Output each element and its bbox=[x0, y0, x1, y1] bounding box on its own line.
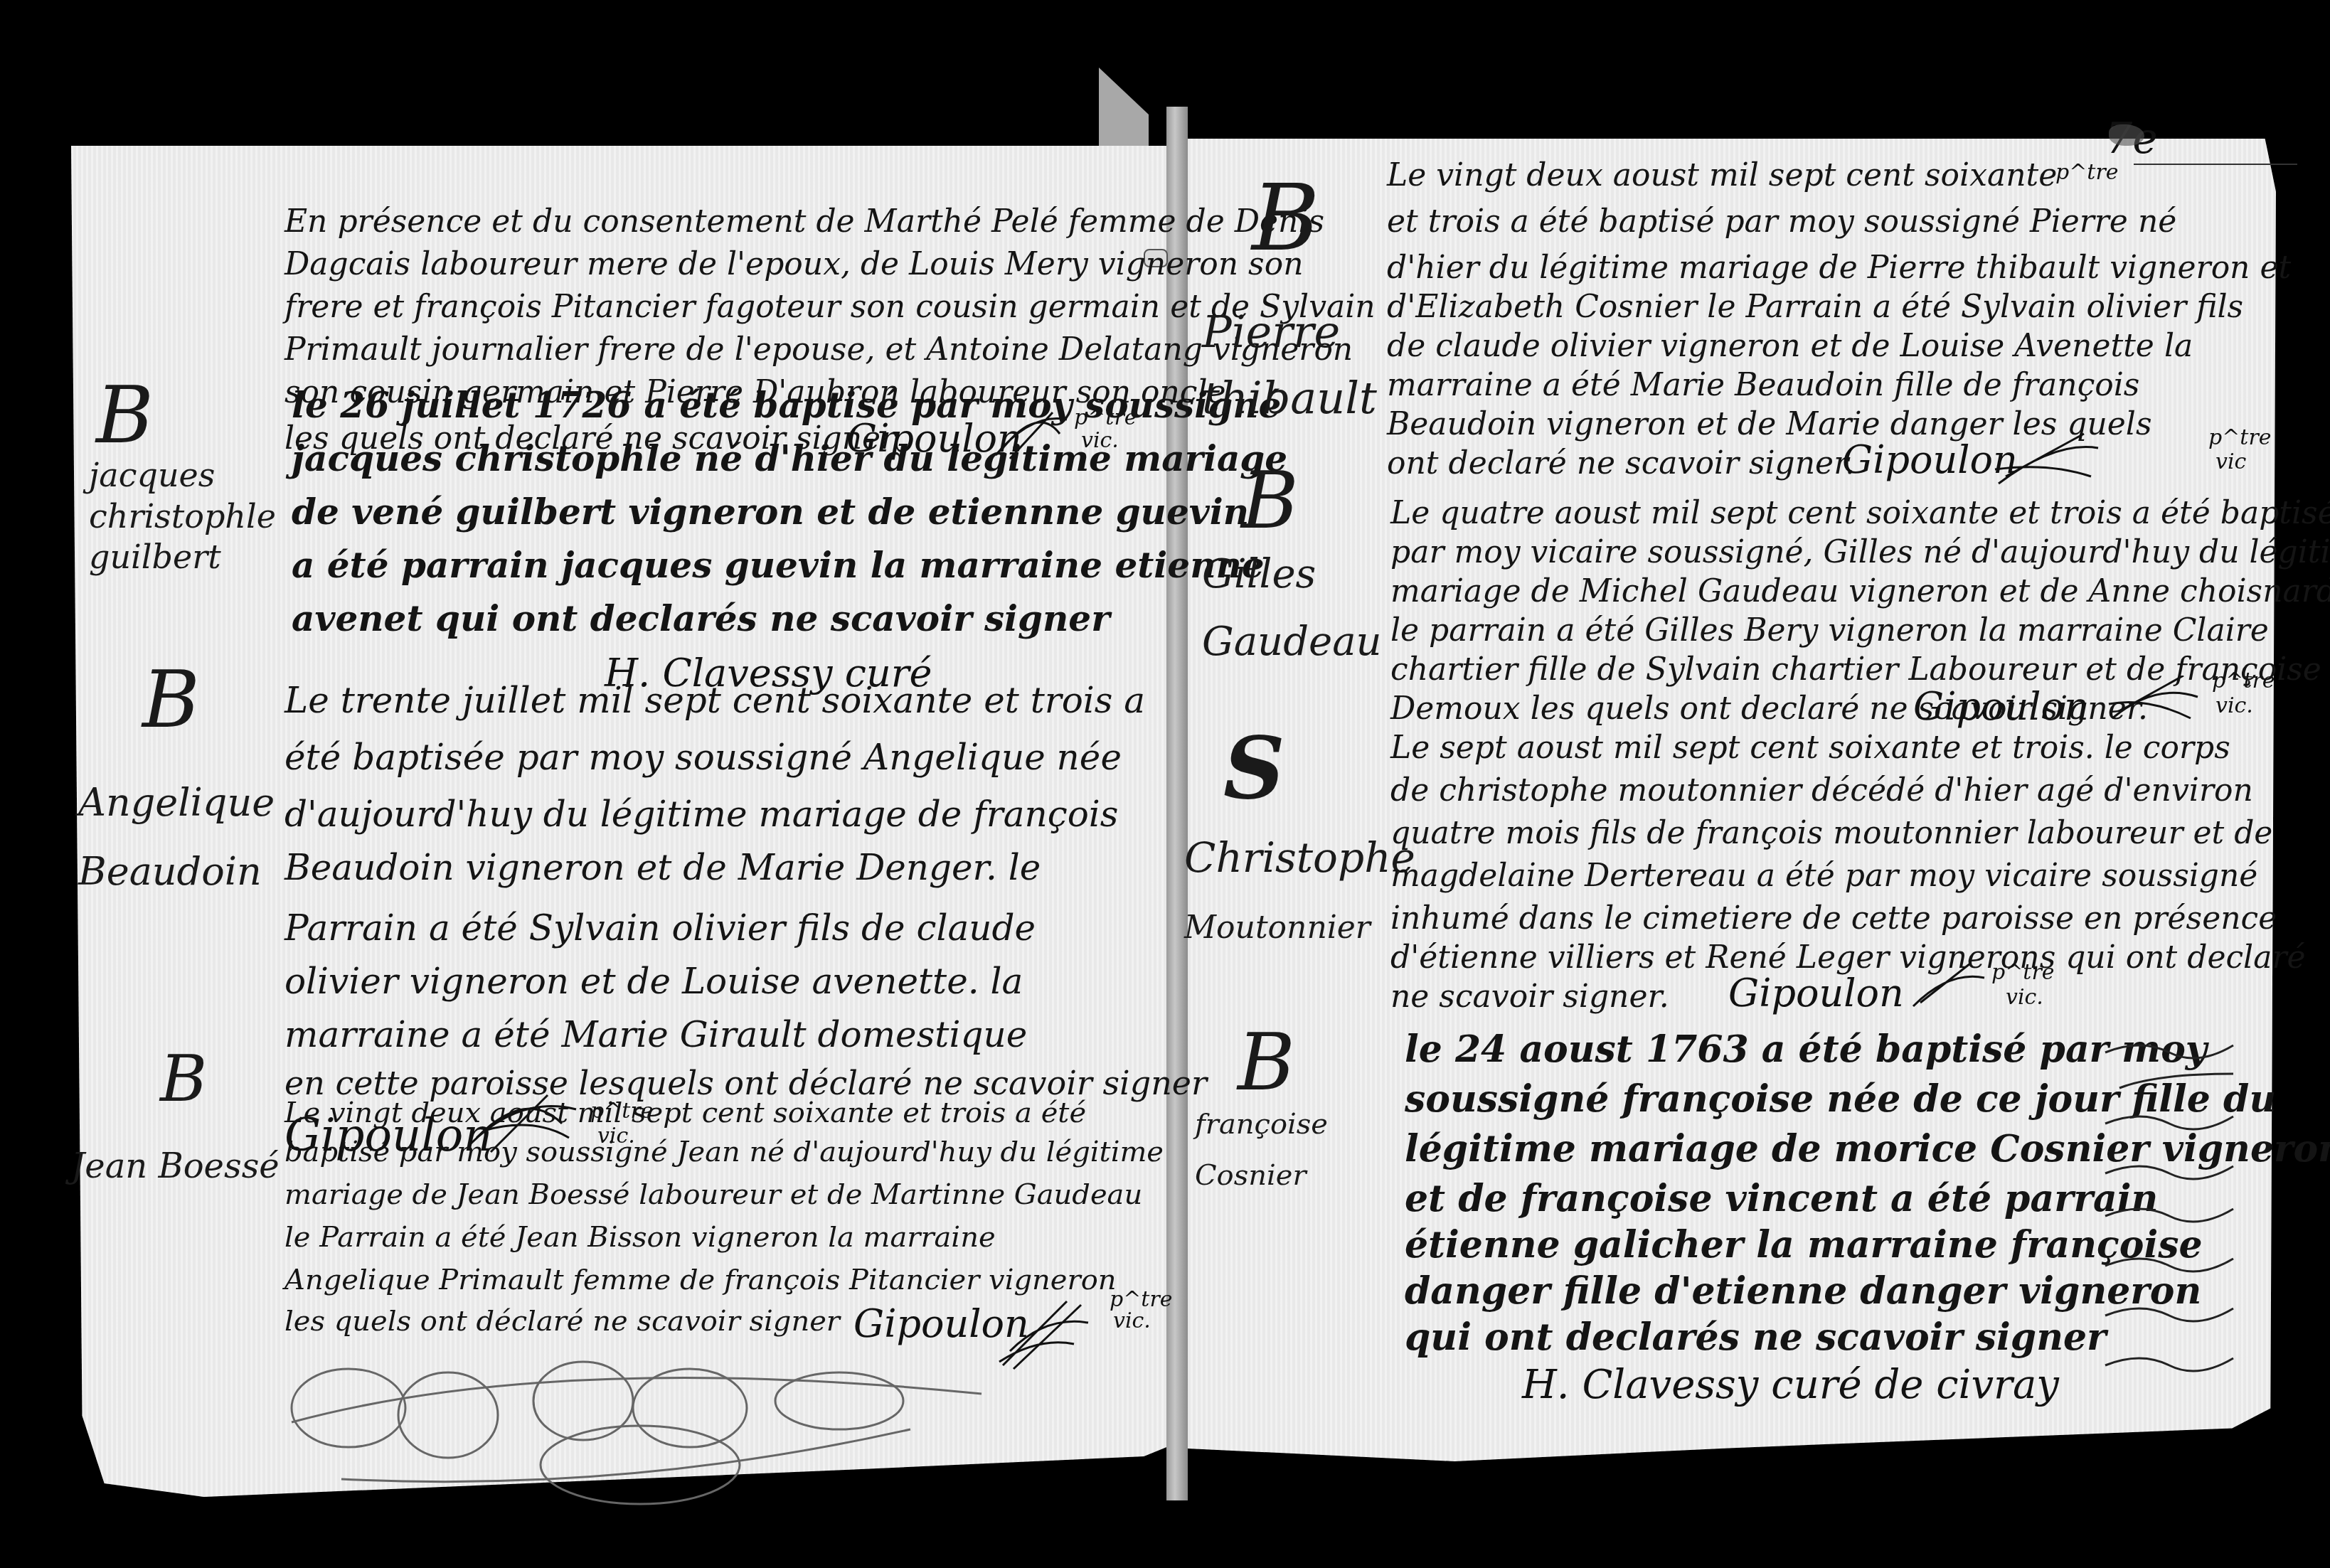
text-line: qui ont declarés ne scavoir signer bbox=[1405, 1319, 2107, 1356]
text-line: Le quatre aoust mil sept cent soixante e… bbox=[1390, 498, 2330, 529]
text-line: le parrain a été Gilles Bery vigneron la… bbox=[1390, 615, 2269, 646]
text-line: d'étienne villiers et René Leger vignero… bbox=[1390, 942, 2305, 974]
text-line: Beaudoin vigneron et de Marie Denger. le bbox=[284, 850, 1041, 885]
text-line: Le vingt deux aoust mil sept cent soixan… bbox=[1387, 160, 2057, 191]
text-line: mariage de Jean Boessé laboureur et de M… bbox=[284, 1180, 1142, 1209]
signature-title: vic. bbox=[1113, 1308, 1151, 1333]
baptism-mark: B bbox=[142, 654, 200, 745]
text-line: jacques christophle né d'hier du legitim… bbox=[292, 441, 1287, 476]
text-line: Le vingt deux aoust mil sept cent soixan… bbox=[284, 1099, 1086, 1127]
signature: Gipoulon bbox=[1913, 684, 2089, 729]
text-line: de claude olivier vigneron et de Louise … bbox=[1387, 331, 2193, 362]
text-line: Parrain a été Sylvain olivier fils de cl… bbox=[284, 910, 1036, 946]
text-line: ont declaré ne scavoir signer. bbox=[1387, 448, 1855, 479]
signature-flourish-icon bbox=[2105, 676, 2205, 732]
text-line: de christophe moutonnier décédé d'hier a… bbox=[1390, 775, 2253, 806]
text-line: magdelaine Dertereau a été par moy vicai… bbox=[1390, 860, 2257, 892]
text-line: le Parrain a été Jean Bisson vigneron la… bbox=[284, 1223, 996, 1252]
text-line: avenet qui ont declarés ne scavoir signe… bbox=[292, 601, 1110, 636]
text-line: olivier vigneron et de Louise avenette. … bbox=[284, 964, 1023, 999]
margin-name: Angelique Beaudoin bbox=[78, 768, 275, 906]
margin-name: Christophe Moutonnier bbox=[1184, 825, 1415, 957]
text-line: danger fille d'etienne danger vigneron bbox=[1405, 1273, 2201, 1310]
insertion-mark: p^tre bbox=[2055, 160, 2119, 185]
text-line: Le sept aoust mil sept cent soixante et … bbox=[1390, 732, 2230, 764]
signature-title: vic. bbox=[2006, 985, 2043, 1010]
signature-flourish-icon bbox=[1906, 964, 1991, 1013]
text-line: baptisé par moy soussigné Jean né d'aujo… bbox=[284, 1138, 1164, 1166]
ink-blot bbox=[2109, 124, 2144, 146]
baptism-mark: B bbox=[1238, 1017, 1295, 1108]
text-line: les quels ont déclaré ne scavoir signer bbox=[284, 1307, 840, 1335]
text-line: d'Elizabeth Cosnier le Parrain a été Syl… bbox=[1387, 292, 2243, 323]
text-line: mariage de Michel Gaudeau vigneron et de… bbox=[1390, 576, 2330, 607]
margin-name: Gilles Gaudeau bbox=[1202, 540, 1382, 676]
baptism-mark: B bbox=[160, 1042, 207, 1116]
baptism-mark: B bbox=[96, 370, 154, 461]
margin-name: françoise Cosnier bbox=[1195, 1099, 1328, 1201]
text-line: ne scavoir signer. bbox=[1390, 981, 1669, 1013]
margin-name: Jean Boessé bbox=[71, 1145, 280, 1188]
text-line: a été parrain jacques guevin la marraine… bbox=[292, 548, 1265, 583]
text-line: d'aujourd'huy du légitime mariage de fra… bbox=[284, 796, 1119, 832]
text-line: Angelique Primault femme de françois Pit… bbox=[284, 1266, 1116, 1294]
decorative-flourish-scribble-icon bbox=[270, 1351, 1124, 1515]
text-line: d'hier du légitime mariage de Pierre thi… bbox=[1387, 252, 2291, 284]
text-line: marraine a été Marie Girault domestique bbox=[284, 1017, 1027, 1052]
burial-mark: S bbox=[1223, 718, 1285, 818]
text-line: Primault journalier frere de l'epouse, e… bbox=[284, 334, 1353, 366]
text-line: et trois a été baptisé par moy soussigné… bbox=[1387, 206, 2176, 238]
text-line: Le trente juillet mil sept cent soixante… bbox=[284, 683, 1145, 718]
baptism-mark: B bbox=[1252, 164, 1320, 272]
text-line: en cette paroisse lesquels ont déclaré n… bbox=[284, 1067, 1207, 1099]
text-line: quatre mois fils de françois moutonnier … bbox=[1390, 818, 2272, 849]
line-filler-strokes-icon bbox=[2098, 1031, 2240, 1401]
margin-rule bbox=[2134, 164, 2297, 165]
signature-title: vic bbox=[2215, 449, 2246, 474]
margin-name: Pierre thibault bbox=[1202, 299, 1377, 431]
text-line: et de françoise vincent a été parrain bbox=[1405, 1180, 2158, 1217]
text-line: par moy vicaire soussigné, Gilles né d'a… bbox=[1390, 537, 2330, 568]
signature-title: p^tre bbox=[2208, 425, 2272, 450]
signature: H. Clavessy curé de civray bbox=[1522, 1362, 2059, 1408]
signature-flourish-icon bbox=[1991, 427, 2105, 491]
text-line: Dagcais laboureur mere de l'epoux, de Lo… bbox=[284, 249, 1304, 280]
text-line: le 26 juillet 1726 a été baptisé par moy… bbox=[292, 388, 1281, 423]
text-line: de vené guilbert vigneron et de etiennne… bbox=[292, 494, 1249, 530]
signature-title: p^tre bbox=[1991, 960, 2055, 985]
text-line: étienne galicher la marraine françoise bbox=[1405, 1227, 2203, 1264]
text-line: été baptisée par moy soussigné Angelique… bbox=[284, 740, 1122, 775]
signature-title: p^tre bbox=[2212, 668, 2275, 693]
text-line: En présence et du consentement de Marthé… bbox=[284, 206, 1324, 238]
baptism-mark: B bbox=[1241, 455, 1299, 546]
margin-name: jacques christophle guilbert bbox=[89, 455, 276, 578]
signature: Gipoulon bbox=[1728, 971, 1904, 1015]
text-line: inhumé dans le cimetiere de cette parois… bbox=[1390, 903, 2277, 934]
text-line: marraine a été Marie Beaudoin fille de f… bbox=[1387, 370, 2139, 401]
text-line: le 24 aoust 1763 a été baptisé par moy bbox=[1405, 1031, 2207, 1068]
signature-title: vic. bbox=[2215, 693, 2253, 718]
binding-tab bbox=[1099, 68, 1149, 146]
